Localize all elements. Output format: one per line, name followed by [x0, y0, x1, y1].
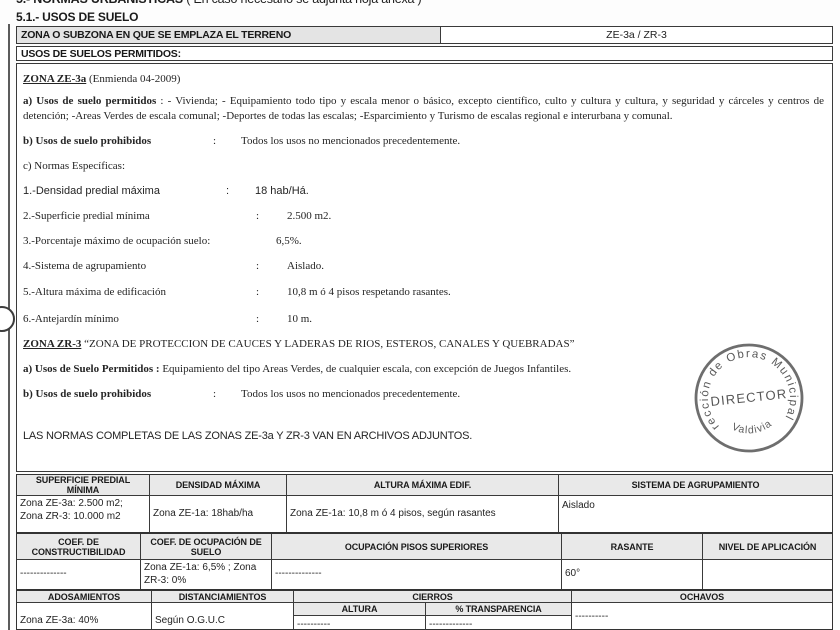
item-1-colon: :: [226, 185, 229, 197]
director-obras-municipales-stamp: Dirección de Obras Municipales DIRECTOR …: [680, 328, 819, 468]
ze3a-item-6: 6.-Antejardín mínimo : 10 m.: [23, 313, 824, 325]
zr3-title-rest: “ZONA DE PROTECCION DE CAUCES Y LADERAS …: [81, 338, 574, 350]
ze3a-item-2: 2.-Superficie predial mínima : 2.500 m2.: [23, 210, 824, 222]
header-cierros-altura: ALTURA: [294, 603, 425, 616]
normas-urbanisticas-note: ( En caso necesario se adjunta hoja anex…: [183, 0, 422, 6]
item-5-colon: :: [256, 286, 259, 298]
item-1-value: 18 hab/Há.: [255, 185, 309, 197]
header-coef-constructibilidad: COEF. DE CONSTRUCTIBILIDAD: [17, 534, 140, 560]
normas-urbanisticas-heading: 5.- NORMAS URBANISTICAS: [16, 0, 183, 6]
cell-altura-value: Zona ZE-1a: 10,8 m ó 4 pisos, según rasa…: [287, 496, 558, 532]
item-6-label: 6.-Antejardín mínimo: [23, 313, 119, 325]
svg-text:Valdivia: Valdivia: [729, 417, 775, 439]
table-band-superficie: SUPERFICIE PREDIAL MÍNIMA Zona ZE-3a: 2.…: [16, 474, 833, 533]
zona-subzona-label: ZONA O SUBZONA EN QUE SE EMPLAZA EL TERR…: [17, 27, 441, 43]
item-5-label: 5.-Altura máxima de edificación: [23, 286, 166, 298]
ze3a-usos-prohibidos-line: b) Usos de suelo prohibidos : Todos los …: [23, 135, 824, 147]
header-coef-ocupacion-suelo: COEF. DE OCUPACIÓN DE SUELO: [141, 534, 271, 560]
header-cierros-transparencia: % TRANSPARENCIA: [426, 603, 571, 616]
item-2-colon: :: [256, 210, 259, 222]
item-5-value: 10,8 m ó 4 pisos respetando rasantes.: [287, 286, 451, 298]
zr3-b-text: Todos los usos no mencionados precedente…: [241, 388, 460, 400]
header-superficie-predial-minima: SUPERFICIE PREDIAL MÍNIMA: [17, 475, 149, 496]
cell-nivel-aplicacion: [703, 560, 832, 589]
cell-adosamientos: Zona ZE-3a: 40%: [17, 603, 151, 629]
item-3-label: 3.-Porcentaje máximo de ocupación suelo:: [23, 235, 210, 247]
header-distanciamientos: DISTANCIAMIENTOS: [152, 591, 293, 603]
scanned-document-page: 5.- NORMAS URBANISTICAS ( En caso necesa…: [0, 0, 840, 630]
cell-cierros-transparencia: -------------: [426, 616, 571, 630]
header-sistema-agrupamiento: SISTEMA DE AGRUPAMIENTO: [559, 475, 832, 496]
zr3-b-label: b) Usos de suelo prohibidos: [23, 388, 151, 400]
cell-sistema-value: Aislado: [559, 496, 832, 532]
zr3-b-colon: :: [213, 388, 216, 400]
header-cierros: CIERROS: [294, 591, 571, 603]
ze3a-normas-especificas-label: c) Normas Específicas:: [23, 160, 824, 172]
superficie-ze3a: Zona ZE-3a: 2.500 m2;: [20, 498, 146, 511]
header-altura-maxima: ALTURA MÁXIMA EDIF.: [287, 475, 558, 496]
stamp-bottom-text: Valdivia: [729, 417, 775, 439]
cell-ocupacion-pisos: --------------: [272, 560, 561, 589]
item-2-value: 2.500 m2.: [287, 210, 331, 222]
item-2-label: 2.-Superficie predial mínima: [23, 210, 150, 222]
cell-superficie-value: Zona ZE-3a: 2.500 m2; Zona ZR-3: 10.000 …: [17, 496, 149, 532]
punch-hole-mark: [0, 306, 15, 332]
ze3a-item-4: 4.-Sistema de agrupamiento : Aislado.: [23, 260, 824, 272]
cell-coef-constructibilidad: --------------: [17, 560, 140, 589]
zr3-title-bold: ZONA ZR-3: [23, 338, 81, 350]
ze3a-title-bold: ZONA ZE-3a: [23, 73, 86, 85]
item-6-value: 10 m.: [287, 313, 312, 325]
usos-permitidos-header: USOS DE SUELOS PERMITIDOS:: [16, 46, 833, 61]
cell-cierros-altura: ----------: [294, 616, 425, 630]
ze3a-item-5: 5.-Altura máxima de edificación : 10,8 m…: [23, 286, 824, 298]
header-densidad-maxima: DENSIDAD MÁXIMA: [150, 475, 286, 496]
item-6-colon: :: [256, 313, 259, 325]
ze3a-item-3: 3.-Porcentaje máximo de ocupación suelo:…: [23, 235, 824, 247]
ze3a-item-1: 1.-Densidad predial máxima : 18 hab/Há.: [23, 185, 824, 197]
cell-ochavos: ----------: [572, 603, 832, 629]
zr3-a-label: a) Usos de Suelo Permitidos :: [23, 363, 162, 375]
cell-distanciamientos: Según O.G.U.C: [152, 603, 293, 629]
cell-coef-ocupacion: Zona ZE-1a: 6,5% ; Zona ZR-3: 0%: [141, 560, 271, 589]
header-adosamientos: ADOSAMIENTOS: [17, 591, 151, 603]
section-title: 5.1.- USOS DE SUELO: [16, 10, 138, 24]
table-band-coeficientes: COEF. DE CONSTRUCTIBILIDAD -------------…: [16, 533, 833, 590]
table-band-adosamientos: ADOSAMIENTOS Zona ZE-3a: 40% DISTANCIAMI…: [16, 590, 833, 630]
header-nivel-aplicacion: NIVEL DE APLICACIÓN: [703, 534, 832, 560]
zona-subzona-value: ZE-3a / ZR-3: [441, 27, 832, 43]
ze3a-title: ZONA ZE-3a (Enmienda 04-2009): [23, 73, 824, 85]
ze3a-a-label: a) Usos de suelo permitidos: [23, 95, 156, 107]
item-4-colon: :: [256, 260, 259, 272]
stamp-center-text: DIRECTOR: [710, 386, 788, 409]
item-3-value: 6,5%.: [276, 235, 302, 247]
ze3a-title-rest: (Enmienda 04-2009): [86, 73, 180, 85]
ze3a-b-text: Todos los usos no mencionados precedente…: [241, 135, 460, 147]
clipped-top-heading: 5.- NORMAS URBANISTICAS ( En caso necesa…: [16, 0, 716, 9]
zr3-a-text: Equipamiento del tipo Areas Verdes, de c…: [162, 363, 571, 375]
ze3a-usos-permitidos-paragraph: a) Usos de suelo permitidos : - Vivienda…: [23, 94, 824, 124]
superficie-zr3: Zona ZR-3: 10.000 m2: [20, 511, 146, 524]
stamp-svg: Dirección de Obras Municipales DIRECTOR …: [680, 328, 819, 468]
item-1-label: 1.-Densidad predial máxima: [23, 185, 160, 197]
cell-densidad-value: Zona ZE-1a: 18hab/ha: [150, 496, 286, 532]
item-4-label: 4.-Sistema de agrupamiento: [23, 260, 146, 272]
item-4-value: Aislado.: [287, 260, 324, 272]
header-ochavos: OCHAVOS: [572, 591, 832, 603]
ze3a-b-label: b) Usos de suelo prohibidos: [23, 135, 151, 147]
header-rasante: RASANTE: [562, 534, 702, 560]
cell-rasante: 60°: [562, 560, 702, 589]
header-ocupacion-pisos-superiores: OCUPACIÓN PISOS SUPERIORES: [272, 534, 561, 560]
ze3a-a-colon: :: [156, 95, 167, 107]
zona-subzona-row: ZONA O SUBZONA EN QUE SE EMPLAZA EL TERR…: [16, 26, 833, 44]
ze3a-b-colon: :: [213, 135, 216, 147]
